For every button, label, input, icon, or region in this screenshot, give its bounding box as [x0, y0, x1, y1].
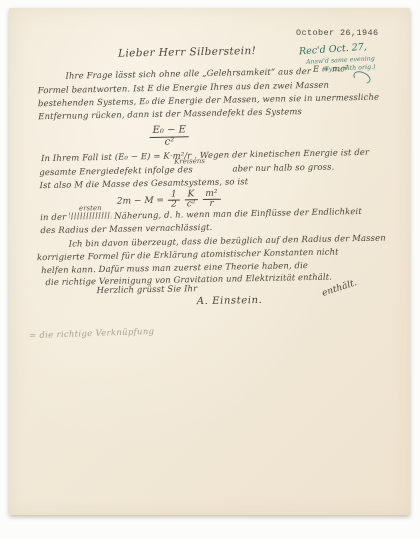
insertion-ersten: ersten	[79, 204, 102, 212]
eq2-frac3-den: r	[206, 200, 216, 210]
body-line-6-post: aber nur halb so gross.	[232, 163, 334, 175]
body-line-8-pre: in der	[40, 213, 66, 223]
eq1-denominator: c²	[162, 137, 178, 148]
struck-word-scribble	[69, 212, 111, 220]
emc2-formula: E = mc²	[311, 64, 349, 75]
eq2-lhs: 2m − M =	[117, 196, 164, 207]
fraction-k-over-c2: K c²	[184, 190, 199, 210]
body-line-1-text: Ihre Frage lässt sich ohne alle „Gelehrs…	[65, 67, 311, 82]
closing-line: Herzlich grüsst Sie Ihr	[97, 284, 198, 296]
letter-scan: October 26,1946 Rec'd Oct. 27, Answ'd sa…	[0, 0, 420, 539]
eq2-frac2-den: c²	[184, 201, 199, 211]
signature: A. Einstein.	[197, 295, 263, 307]
body-line-9: des Radius der Massen vernachlässigt.	[40, 223, 212, 236]
body-line-6-pre: gesamte Energiedefekt infolge des	[39, 165, 193, 178]
eq2-frac1-den: 2	[168, 201, 180, 211]
insertion-kreisens: Kreisens	[174, 157, 205, 166]
salutation: Lieber Herr Silberstein!	[118, 45, 256, 60]
fraction-one-half: 1 2	[168, 190, 180, 210]
body-line-1: Ihre Frage lässt sich ohne alle „Gelehrs…	[65, 66, 348, 81]
fraction-eq1: E₀ − E c²	[149, 125, 189, 148]
handwritten-body: Lieber Herr Silberstein! Ihre Frage läss…	[5, 1, 416, 516]
mass-equation: 2m − M = 1 2 K c² m² r	[117, 190, 221, 212]
mass-defect-fraction: E₀ − E c²	[149, 125, 189, 148]
paper-sheet: October 26,1946 Rec'd Oct. 27, Answ'd sa…	[9, 8, 410, 515]
fraction-m2-over-r: m² r	[202, 190, 221, 210]
body-line-4: Entfernung rücken, dann ist der Massende…	[38, 107, 302, 122]
